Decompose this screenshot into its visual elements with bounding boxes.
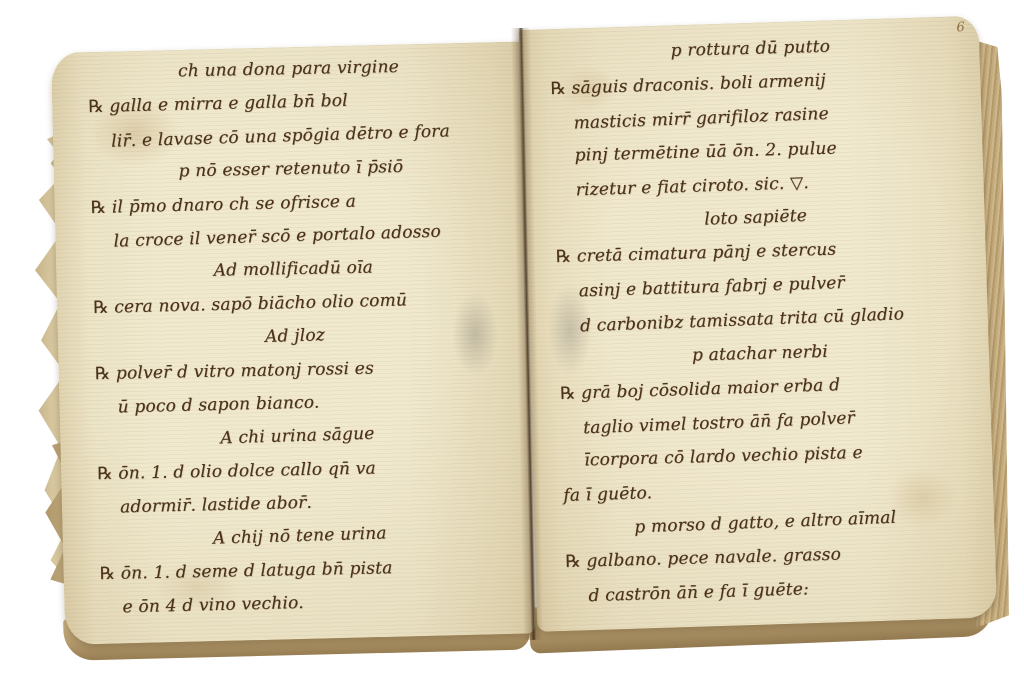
right-page-text: p rottura dū putto ℞ sāguis draconis. bo… [547, 26, 971, 615]
photo-background: 6 ch una dona para virgine ℞ galla e mir… [0, 0, 1024, 675]
book-spread: 6 ch una dona para virgine ℞ galla e mir… [0, 0, 1024, 675]
left-page-text: ch una dona para virgine ℞ galla e mirra… [85, 48, 505, 625]
folio-number: 6 [956, 20, 965, 35]
